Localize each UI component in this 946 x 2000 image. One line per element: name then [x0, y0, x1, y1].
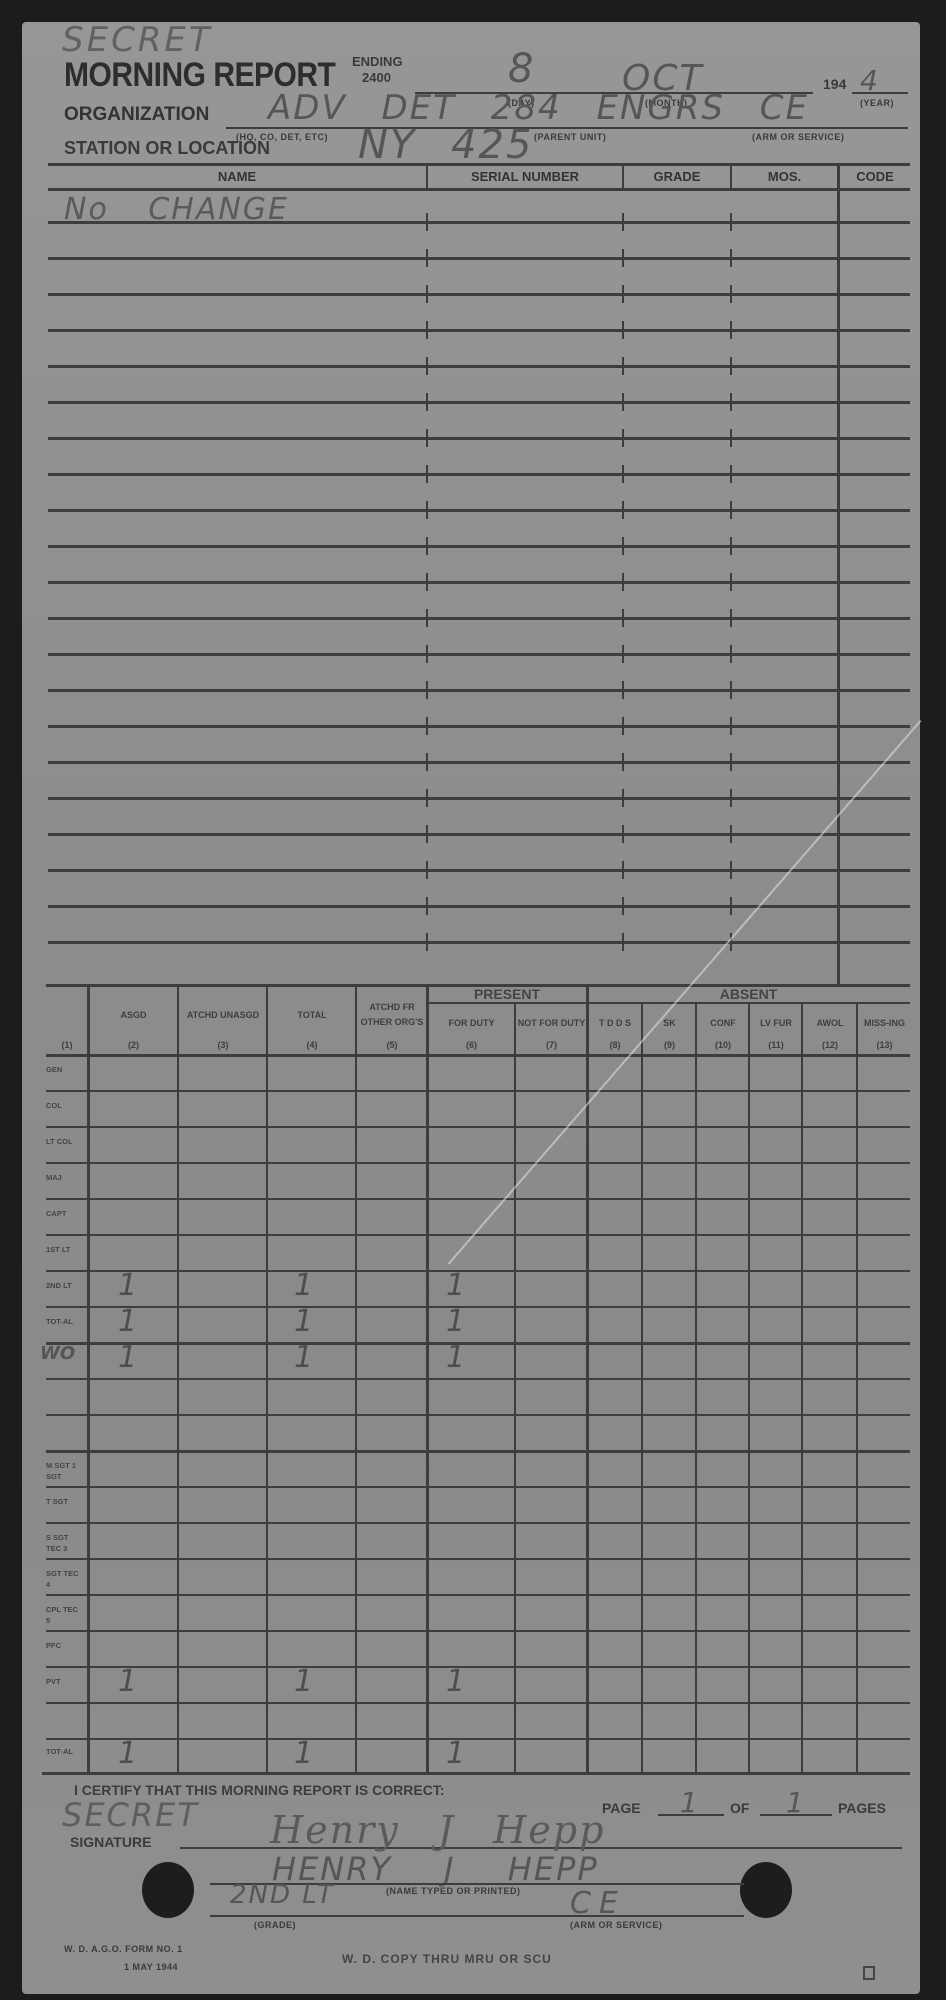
name-caption: (NAME TYPED OR PRINTED)	[386, 1886, 521, 1896]
name-row-line	[48, 833, 910, 836]
row-tick	[426, 213, 428, 231]
strength-cell-total: 1	[294, 1268, 313, 1303]
station-label: STATION OR LOCATION	[64, 138, 270, 159]
of-value: 1	[786, 1786, 806, 1819]
row-tick	[426, 933, 428, 951]
row-tick	[622, 933, 624, 951]
present-absent-subline	[427, 1002, 910, 1004]
name-row-line	[48, 689, 910, 692]
strength-row-line	[46, 1558, 910, 1560]
name-table-top	[48, 163, 910, 166]
name-row-line	[48, 437, 910, 440]
year-value: 4	[860, 64, 880, 97]
row-tick	[426, 429, 428, 447]
strength-col-divider	[87, 986, 90, 1774]
organization-value: ADV DET 284 ENGRS CE	[268, 88, 809, 128]
strength-row-label: PFC	[46, 1640, 82, 1651]
name-row-line	[48, 293, 910, 296]
name-row-line	[48, 653, 910, 656]
strength-cell-for-duty: 1	[446, 1736, 465, 1771]
name-row-line	[48, 797, 910, 800]
strength-col-divider	[514, 1003, 516, 1774]
strength-row-line	[46, 1378, 910, 1380]
col-header-mos: MOS.	[732, 169, 837, 184]
corner-box	[863, 1966, 875, 1980]
strength-row-line	[46, 1630, 910, 1632]
strength-cell-total: 1	[294, 1664, 313, 1699]
row-tick	[622, 717, 624, 735]
row-tick	[730, 249, 732, 267]
row-tick	[622, 465, 624, 483]
strength-row-label: TOT-AL	[46, 1746, 82, 1757]
strength-col-number: (12)	[804, 1038, 856, 1053]
page-label: PAGE	[602, 1800, 641, 1816]
org-caption-arm: (ARM OR SERVICE)	[752, 132, 844, 142]
strength-row-line	[46, 1666, 910, 1668]
row-tick	[622, 393, 624, 411]
name-table-header-bottom	[48, 188, 910, 191]
row-tick	[730, 537, 732, 555]
row-tick	[622, 753, 624, 771]
row-tick	[730, 573, 732, 591]
row-tick	[730, 321, 732, 339]
strength-col-header: NOT FOR DUTY	[517, 1006, 586, 1040]
strength-row-line	[46, 1090, 910, 1092]
strength-col-header: AWOL	[804, 1006, 856, 1040]
group-absent: ABSENT	[587, 986, 910, 1002]
strength-row-line	[46, 1342, 910, 1345]
strength-row-line	[46, 1414, 910, 1416]
strength-row-line	[46, 1198, 910, 1200]
grade-caption: (GRADE)	[254, 1920, 296, 1930]
strength-cell-asgd: 1	[118, 1304, 137, 1339]
row-tick	[622, 537, 624, 555]
organization-label: ORGANIZATION	[64, 104, 209, 126]
row-tick	[426, 285, 428, 303]
name-row-line	[48, 617, 910, 620]
strength-row-label: CAPT	[46, 1208, 82, 1219]
strength-row-line	[46, 1450, 910, 1453]
strength-cell-for-duty: 1	[446, 1340, 465, 1375]
strength-cell-total: 1	[294, 1340, 313, 1375]
strength-row-label: M SGT 1 SGT	[46, 1460, 82, 1482]
strength-col-number: (13)	[859, 1038, 910, 1053]
col-header-grade: GRADE	[624, 169, 730, 184]
row-tick	[622, 609, 624, 627]
strength-row-line	[46, 1738, 910, 1740]
row-tick	[730, 753, 732, 771]
strength-col-divider	[355, 986, 357, 1774]
strength-col-number: (3)	[180, 1038, 266, 1053]
name-row-line	[48, 401, 910, 404]
strength-cell-asgd: 1	[118, 1268, 137, 1303]
strength-col-number: (2)	[90, 1038, 177, 1053]
row-tick	[730, 861, 732, 879]
row-tick	[730, 825, 732, 843]
secret-stamp-top: SECRET	[62, 20, 213, 60]
col-header-code: CODE	[840, 169, 910, 184]
row-tick	[730, 609, 732, 627]
name-row-line	[48, 221, 910, 224]
strength-row-label: T SGT	[46, 1496, 82, 1507]
strength-row-label: GEN	[46, 1064, 82, 1075]
page-value: 1	[680, 1786, 700, 1819]
row-tick	[730, 645, 732, 663]
row-tick	[426, 249, 428, 267]
row-tick	[622, 249, 624, 267]
strength-col-header: FOR DUTY	[429, 1006, 514, 1040]
name-row-line	[48, 941, 910, 944]
strength-row-label: TOT-AL	[46, 1316, 82, 1327]
strength-row-label: 1ST LT	[46, 1244, 82, 1255]
punch-hole-left	[142, 1862, 194, 1918]
row-tick	[426, 537, 428, 555]
strength-table-bottom	[42, 1772, 910, 1775]
strength-row-line	[46, 1162, 910, 1164]
strength-cell-total: 1	[294, 1736, 313, 1771]
strength-row-label: LT COL	[46, 1136, 82, 1147]
name-row-line	[48, 473, 910, 476]
group-present: PRESENT	[427, 986, 587, 1002]
name-row-line	[48, 545, 910, 548]
name-row-line	[48, 725, 910, 728]
row-tick	[426, 825, 428, 843]
strength-col-divider	[695, 1003, 697, 1774]
row-tick	[622, 321, 624, 339]
row-tick	[426, 717, 428, 735]
row-tick	[426, 753, 428, 771]
row-tick	[426, 321, 428, 339]
row-tick	[730, 789, 732, 807]
name-row-line	[48, 581, 910, 584]
name-row-line	[48, 257, 910, 260]
row-tick	[622, 861, 624, 879]
signature-label: SIGNATURE	[70, 1834, 151, 1850]
row-tick	[622, 789, 624, 807]
col-header-name: NAME	[48, 169, 426, 184]
strength-col-divider	[856, 1003, 858, 1774]
row-tick	[426, 573, 428, 591]
strength-row-label: COL	[46, 1100, 82, 1111]
signature-value: Henry J Hepp	[270, 1808, 605, 1852]
row-tick	[426, 609, 428, 627]
row-tick	[622, 645, 624, 663]
strength-col-header: ATCHD UNASGD	[180, 990, 266, 1040]
strength-row-line	[46, 1702, 910, 1704]
row-tick	[730, 465, 732, 483]
strength-col-number: (5)	[358, 1038, 426, 1053]
name-row-line	[48, 329, 910, 332]
strength-row-line	[46, 1270, 910, 1272]
name-row-line	[48, 509, 910, 512]
arm-caption: (ARM OR SERVICE)	[570, 1920, 662, 1930]
strength-col-divider	[426, 986, 429, 1774]
row-tick	[730, 393, 732, 411]
strength-col-header	[47, 990, 87, 1040]
row-tick	[426, 897, 428, 915]
row-tick	[622, 897, 624, 915]
row-tick	[622, 681, 624, 699]
strength-col-header: CONF	[698, 1006, 748, 1040]
strength-row-label: WO	[40, 1348, 76, 1359]
code-col-divider	[837, 163, 840, 987]
strength-col-header: ATCHD FR OTHER ORG'S	[358, 990, 426, 1040]
row-tick	[622, 573, 624, 591]
pages-label: PAGES	[838, 1800, 886, 1816]
strength-col-header: T D D S	[589, 1006, 641, 1040]
strength-row-label: S SGT TEC 3	[46, 1532, 82, 1554]
strength-col-header: TOTAL	[269, 990, 355, 1040]
strength-col-number: (11)	[751, 1038, 801, 1053]
strength-row-label: CPL TEC 5	[46, 1604, 82, 1626]
strength-row-line	[46, 1306, 910, 1308]
name-row-line	[48, 761, 910, 764]
strength-cell-asgd: 1	[118, 1736, 137, 1771]
strength-row-label: MAJ	[46, 1172, 82, 1183]
row-tick	[622, 213, 624, 231]
year-caption: (YEAR)	[860, 98, 894, 108]
copy-note: W. D. COPY THRU MRU OR SCU	[342, 1952, 552, 1966]
row-tick	[426, 465, 428, 483]
strength-cell-total: 1	[294, 1304, 313, 1339]
strength-col-divider	[641, 1003, 643, 1774]
row-tick	[730, 681, 732, 699]
strength-row-line	[46, 1486, 910, 1488]
strength-col-divider	[266, 986, 268, 1774]
strength-cell-for-duty: 1	[446, 1304, 465, 1339]
strength-col-number: (4)	[269, 1038, 355, 1053]
of-label: OF	[730, 1800, 749, 1816]
secret-stamp-bottom: SECRET	[62, 1796, 199, 1834]
row-tick	[426, 789, 428, 807]
year-prefix: 194	[823, 76, 846, 92]
strength-col-header: ASGD	[90, 990, 177, 1040]
form-number: W. D. A.G.O. FORM NO. 1	[64, 1944, 183, 1954]
row-tick	[730, 213, 732, 231]
strength-cell-asgd: 1	[118, 1664, 137, 1699]
row-tick	[730, 501, 732, 519]
ending-time-label: 2400	[362, 70, 391, 85]
name-row-line	[48, 365, 910, 368]
strength-col-divider	[801, 1003, 803, 1774]
row-tick	[426, 861, 428, 879]
grade-value: 2ND LT	[230, 1880, 335, 1910]
strength-col-number: (9)	[644, 1038, 695, 1053]
punch-hole-right	[740, 1862, 792, 1918]
strength-col-number: (10)	[698, 1038, 748, 1053]
name-row-line	[48, 905, 910, 908]
grade-arm-line	[210, 1915, 744, 1917]
row-tick	[730, 357, 732, 375]
strength-cell-for-duty: 1	[446, 1664, 465, 1699]
strength-col-divider	[177, 986, 179, 1774]
strength-row-line	[46, 1126, 910, 1128]
strength-row-label: 2ND LT	[46, 1280, 82, 1291]
row-tick	[622, 357, 624, 375]
row-tick	[622, 285, 624, 303]
row-tick	[730, 897, 732, 915]
strength-cell-for-duty: 1	[446, 1268, 465, 1303]
day-value: 8	[508, 46, 535, 92]
strength-row-line	[46, 1522, 910, 1524]
strength-table-header-bottom	[46, 1054, 910, 1057]
row-tick	[426, 393, 428, 411]
strength-row-label: SGT TEC 4	[46, 1568, 82, 1590]
strength-row-line	[46, 1594, 910, 1596]
row-tick	[426, 645, 428, 663]
strength-row-label: PVT	[46, 1676, 82, 1687]
strength-cell-asgd: 1	[118, 1340, 137, 1375]
strength-col-header: LV FUR	[751, 1006, 801, 1040]
strength-col-number: (7)	[517, 1038, 586, 1053]
strength-row-line	[46, 1234, 910, 1236]
ending-label: ENDING	[352, 54, 403, 69]
row-tick	[426, 357, 428, 375]
row-tick	[730, 429, 732, 447]
row-tick	[622, 501, 624, 519]
strength-col-header: MISS-ING	[859, 1006, 910, 1040]
name-row-line	[48, 869, 910, 872]
row-tick	[622, 825, 624, 843]
strength-col-number: (1)	[47, 1038, 87, 1053]
row-tick	[426, 681, 428, 699]
row-tick	[622, 429, 624, 447]
row-tick	[426, 501, 428, 519]
org-caption-parent: (PARENT UNIT)	[534, 132, 606, 142]
strength-col-number: (6)	[429, 1038, 514, 1053]
row-tick	[730, 285, 732, 303]
row-tick	[730, 717, 732, 735]
station-value: NY 425	[358, 122, 533, 168]
form-date: 1 MAY 1944	[124, 1962, 178, 1972]
col-header-serial: SERIAL NUMBER	[428, 169, 622, 184]
strength-col-divider	[748, 1003, 750, 1774]
